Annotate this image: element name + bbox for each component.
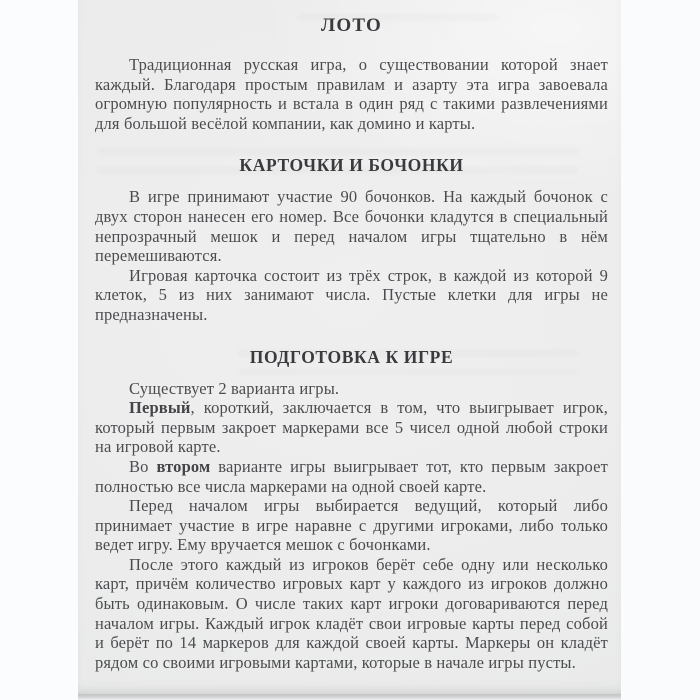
prep-paragraph-3-pre: Во xyxy=(129,457,156,476)
prep-paragraph-3: Во втором варианте игры выигрывает тот, … xyxy=(95,457,608,496)
book-page: ЛОТО Традиционная русская игра, о сущест… xyxy=(78,0,621,700)
bold-word-second: втором xyxy=(156,457,210,476)
intro-paragraph: Традиционная русская игра, о существован… xyxy=(95,55,608,133)
page-title: ЛОТО xyxy=(95,14,608,38)
page-bottom-edge-shadow xyxy=(78,694,621,700)
prep-paragraph-1: Существует 2 варианта игры. xyxy=(95,379,608,399)
section-heading-preparation: ПОДГОТОВКА К ИГРЕ xyxy=(95,346,608,368)
photo-background: ЛОТО Традиционная русская игра, о сущест… xyxy=(0,0,700,700)
cards-paragraph-2: Игровая карточка состоит из трёх строк, … xyxy=(95,266,608,325)
cards-paragraph-1: В игре принимают участие 90 бочонков. На… xyxy=(95,187,608,265)
prep-paragraph-5: После этого каждый из игроков берёт себе… xyxy=(95,555,608,673)
section-heading-cards-and-kegs: КАРТОЧКИ И БОЧОНКИ xyxy=(95,154,608,176)
prep-paragraph-2: Первый, короткий, заключается в том, что… xyxy=(95,398,608,457)
bold-word-first: Первый xyxy=(129,398,191,417)
prep-paragraph-4: Перед началом игры выбирается ведущий, к… xyxy=(95,496,608,555)
page-content: ЛОТО Традиционная русская игра, о сущест… xyxy=(95,0,608,672)
